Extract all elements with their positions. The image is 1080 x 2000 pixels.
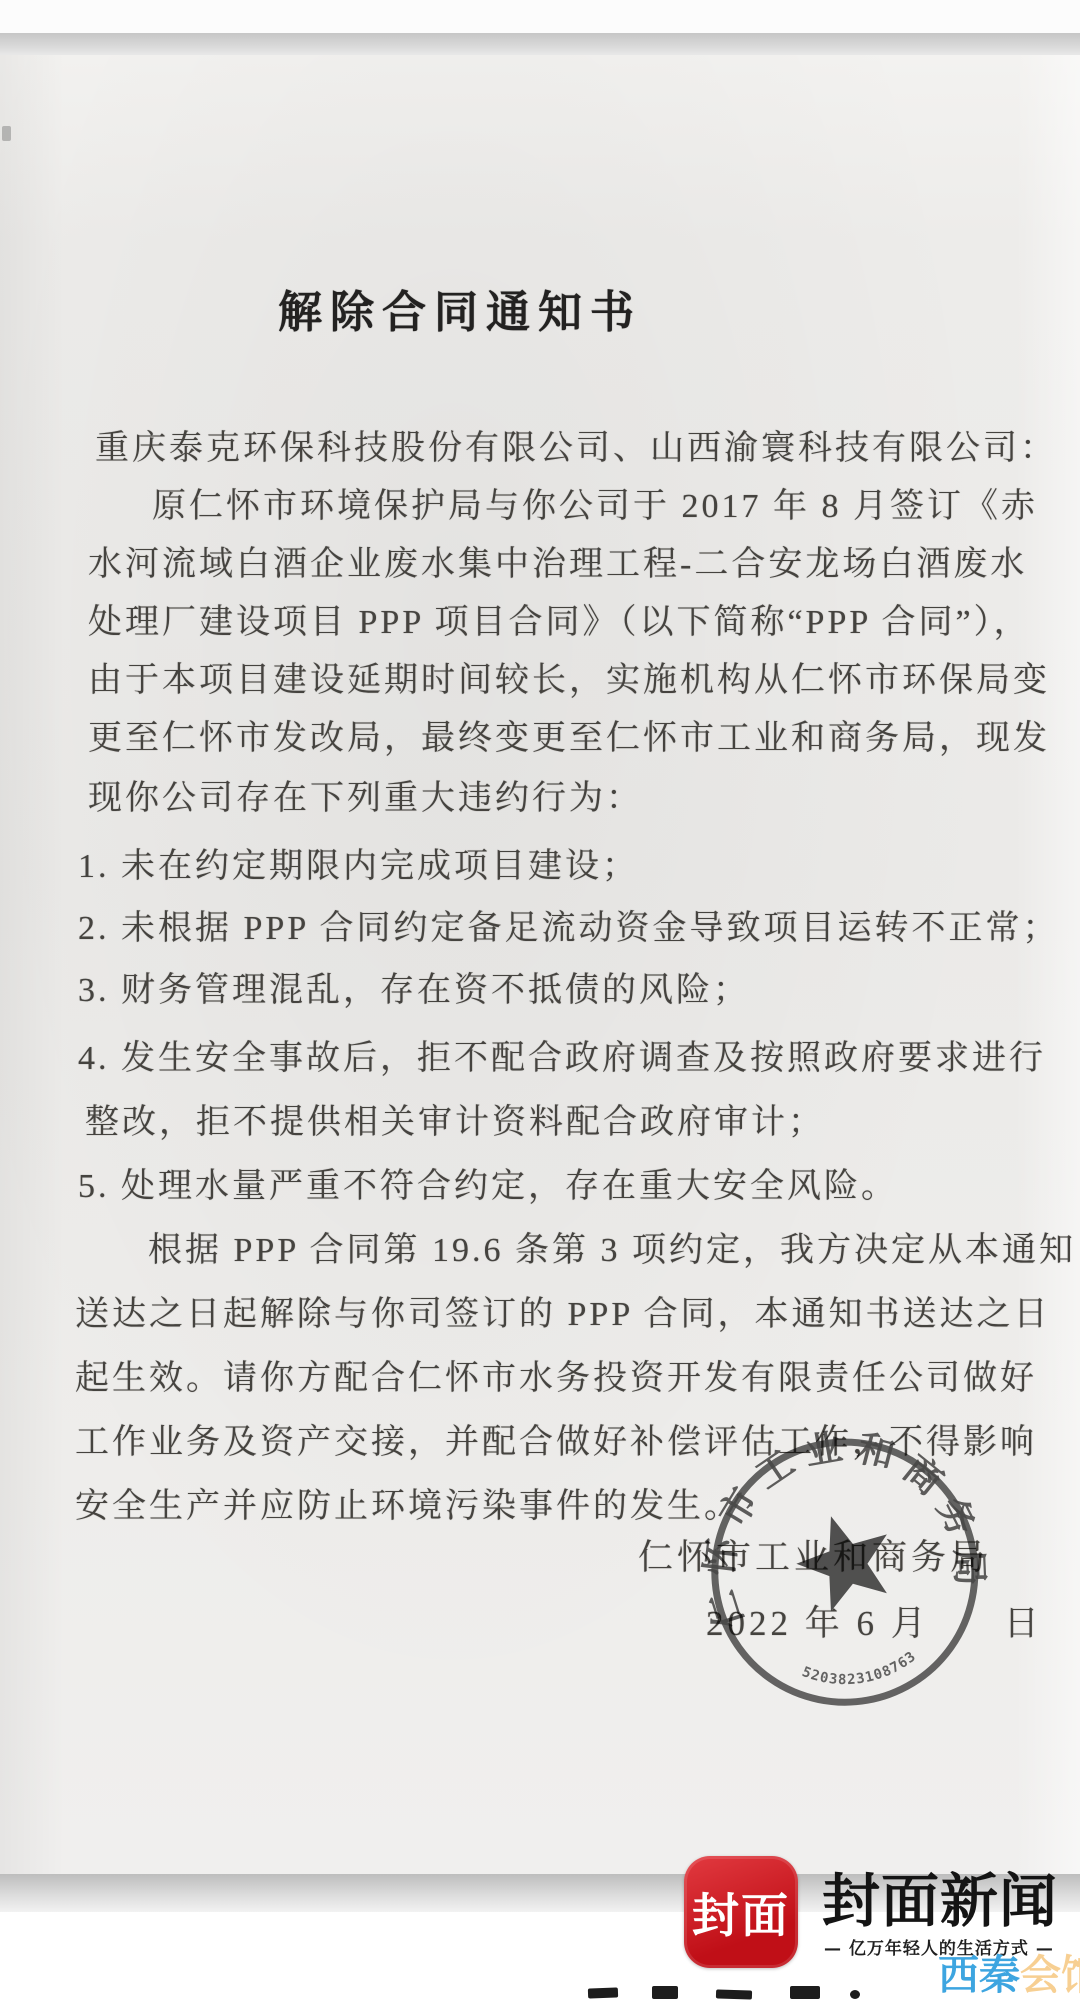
- glyph-fragment: [790, 1986, 820, 1999]
- doc-list-item: 3. 财务管理混乱，存在资不抵债的风险；: [78, 962, 750, 1011]
- doc-list-item: 2. 未根据 PPP 合同约定备足流动资金导致项目运转不正常；: [78, 900, 1059, 949]
- cover-news-icon-text: 封面: [692, 1879, 790, 1946]
- seal-star-icon: [786, 1502, 905, 1617]
- scan-artifact-speck: [2, 126, 11, 141]
- doc-line: 起生效。请你方配合仁怀市水务投资开发有限责任公司做好: [75, 1350, 1037, 1399]
- glyph-fragment: [652, 1986, 678, 1999]
- glyph-fragment: [850, 1990, 860, 1999]
- doc-list-item: 整改，拒不提供相关审计资料配合政府审计；: [85, 1094, 825, 1143]
- doc-line: 现你公司存在下列重大违约行为：: [88, 770, 643, 819]
- doc-list-item: 1. 未在约定期限内完成项目建设；: [78, 838, 639, 887]
- document-title: 解除合同通知书: [40, 276, 880, 340]
- doc-line: 原仁怀市环境保护局与你公司于 2017 年 8 月签订《赤: [152, 478, 1038, 527]
- doc-line: 水河流域白酒企业废水集中治理工程-二合安龙场白酒废水: [88, 536, 1027, 585]
- doc-list-item: 4. 发生安全事故后，拒不配合政府调查及按照政府要求进行: [78, 1030, 1046, 1079]
- glyph-fragment: [716, 1989, 752, 1999]
- official-round-seal: 仁怀市工业和商务局 5203823108763: [676, 1399, 1016, 1747]
- doc-line: 送达之日起解除与你司签订的 PPP 合同，本通知书送达之日: [75, 1286, 1050, 1335]
- photo-top-margin: [0, 0, 1080, 33]
- cover-news-app-icon: 封面: [684, 1856, 798, 1968]
- doc-line: 重庆泰克环保科技股份有限公司、山西渝寰科技有限公司：: [95, 420, 1057, 469]
- doc-list-item: 5. 处理水量严重不符合约定，存在重大安全风险。: [78, 1158, 898, 1207]
- watermark-part2: 会馆: [1020, 1951, 1080, 1999]
- doc-line: 更至仁怀市发改局，最终变更至仁怀市工业和商务局，现发: [88, 710, 1050, 759]
- doc-line: 根据 PPP 合同第 19.6 条第 3 项约定，我方决定从本通知: [148, 1222, 1076, 1271]
- date-day-suffix: 日: [1004, 1604, 1043, 1643]
- doc-line: 处理厂建设项目 PPP 项目合同》（以下简称“PPP 合同”），: [88, 594, 1031, 643]
- doc-line: 安全生产并应防止环境污染事件的发生。: [75, 1478, 741, 1527]
- doc-line: 由于本项目建设延期时间较长，实施机构从仁怀市环保局变: [88, 652, 1050, 701]
- scanned-notice-photo: 解除合同通知书 重庆泰克环保科技股份有限公司、山西渝寰科技有限公司： 原仁怀市环…: [0, 0, 1080, 2000]
- watermark-part1: 西秦: [938, 1951, 1020, 1999]
- paper-top-edge-shadow: [0, 33, 1080, 55]
- cover-news-logotype: 封面新闻: [822, 1854, 1072, 1938]
- glyph-fragment: [588, 1987, 618, 1998]
- watermark-xiqin-huiguan: 西秦会馆: [938, 1942, 1080, 2000]
